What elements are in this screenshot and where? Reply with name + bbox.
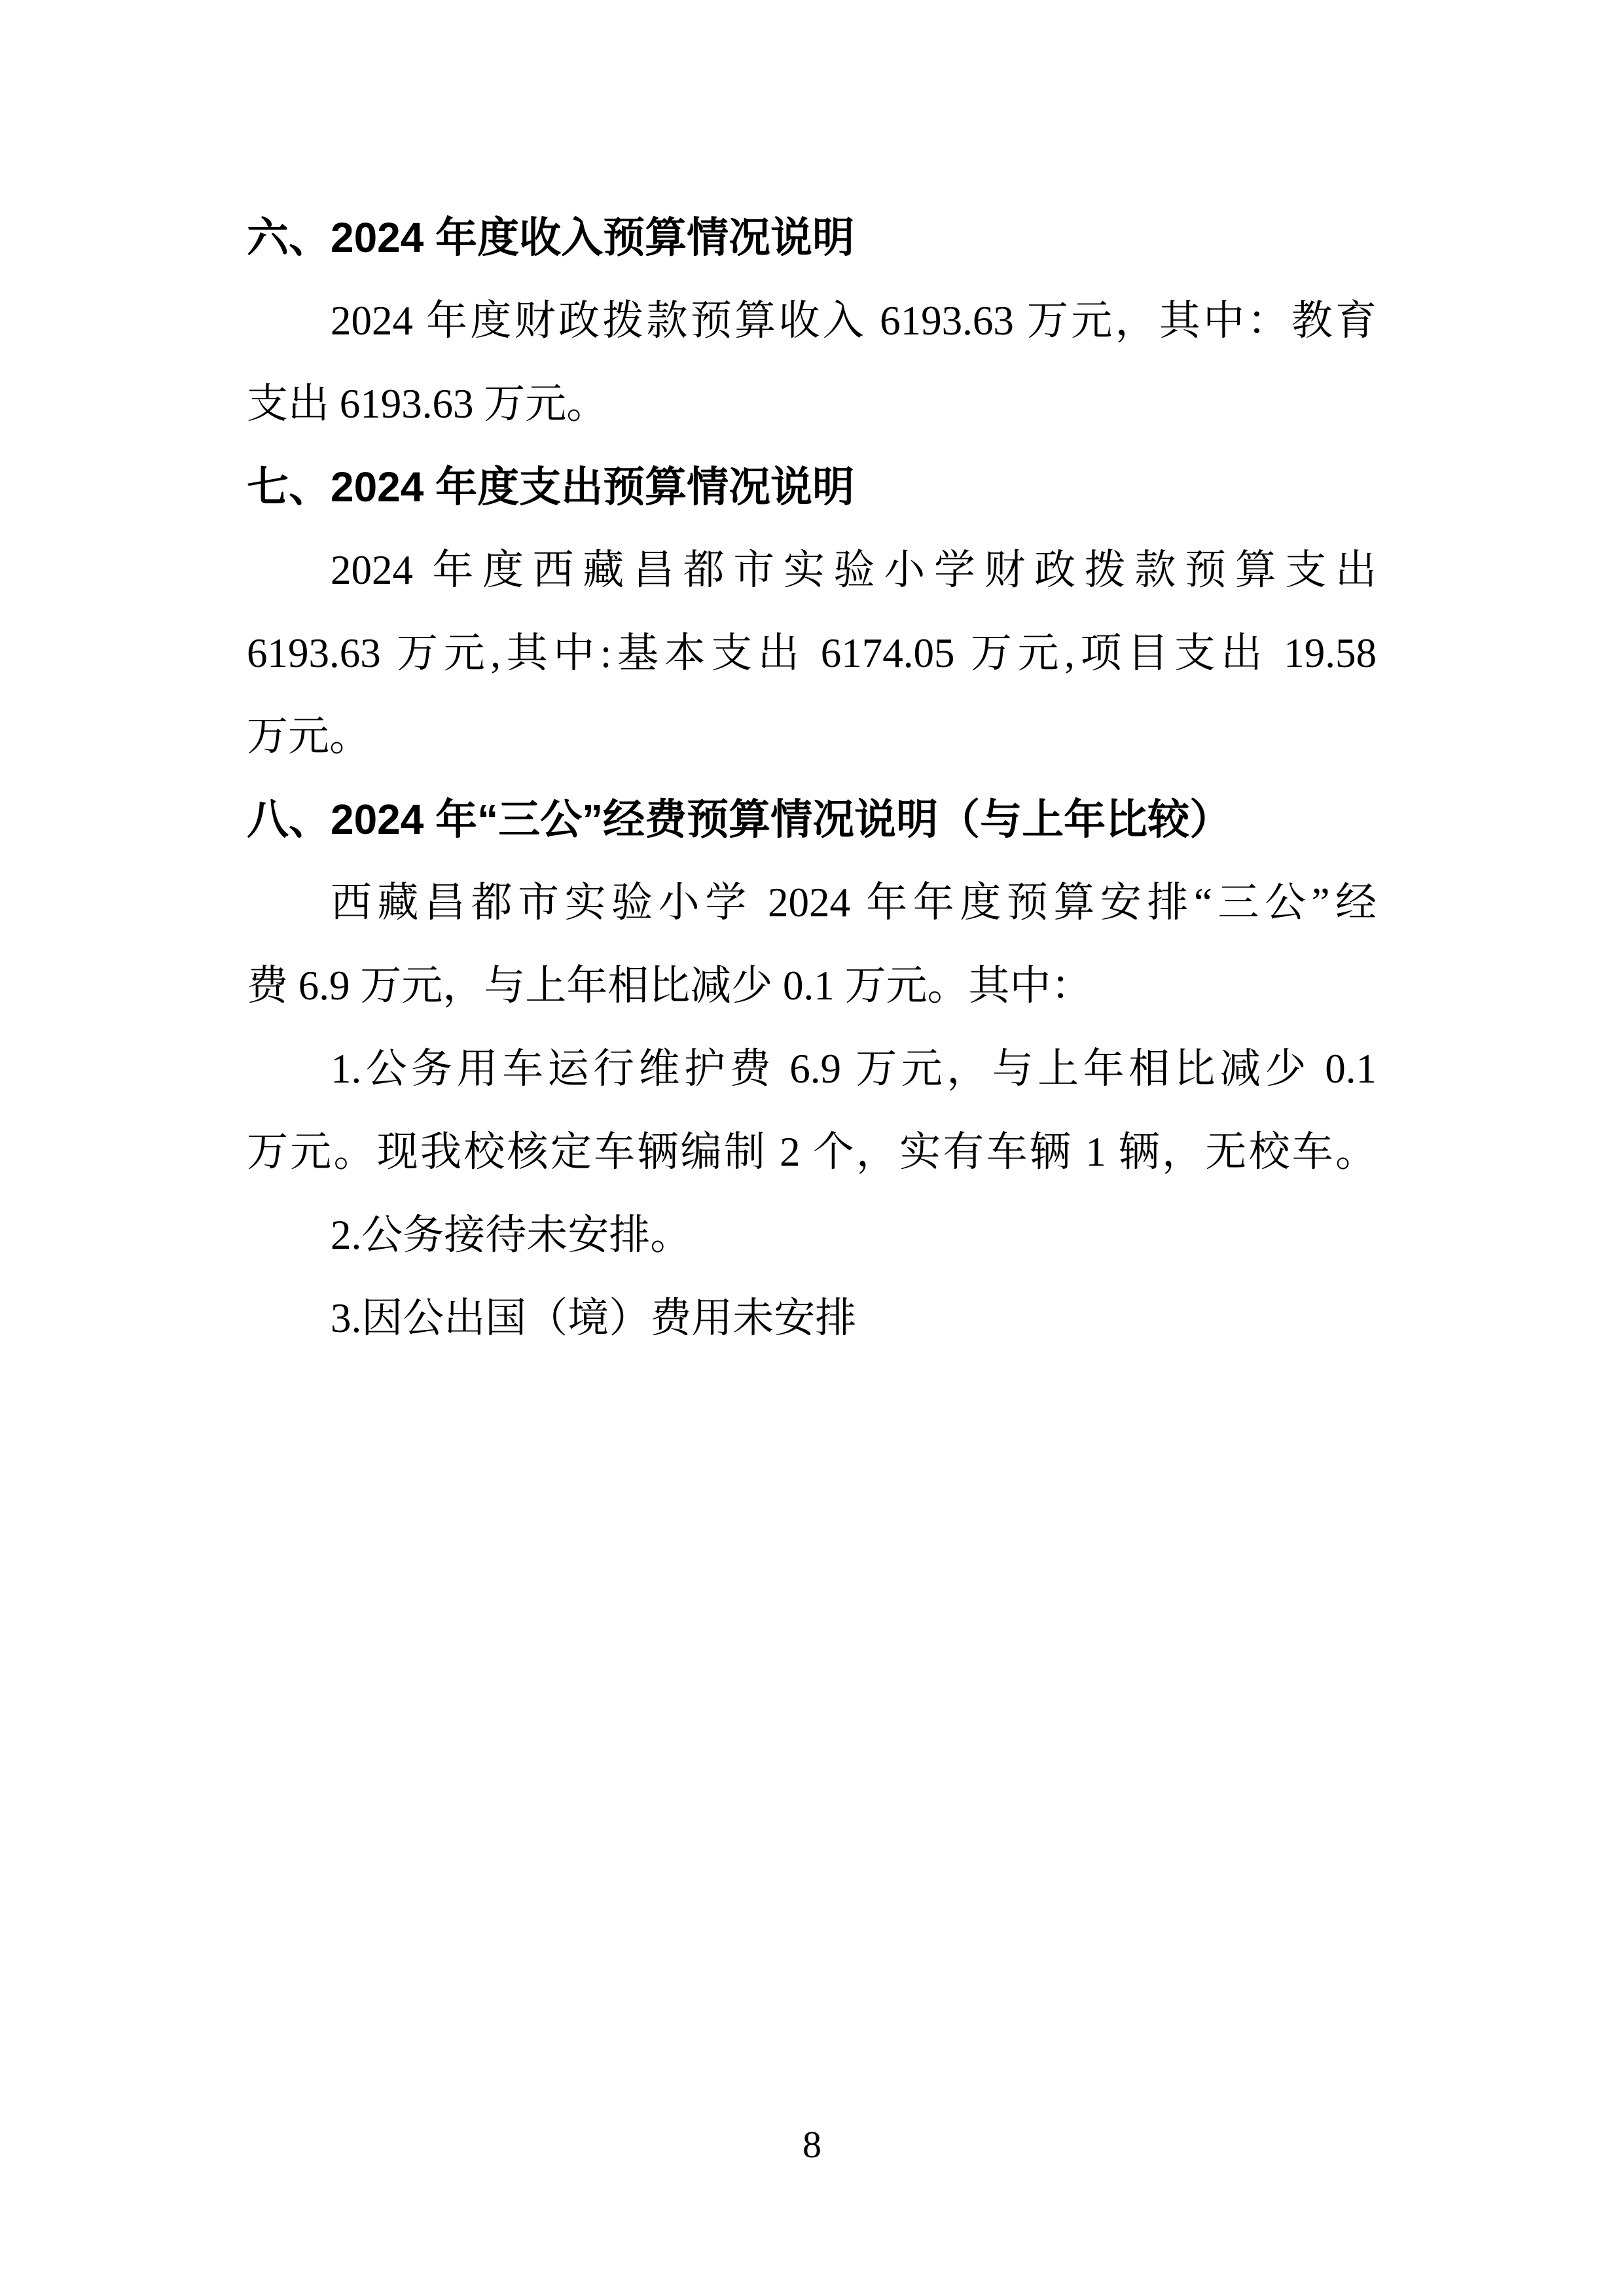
heading-section-8: 八、2024 年“三公”经费预算情况说明（与上年比较）: [247, 778, 1377, 861]
para-income-line-2: 支出 6193.63 万元。: [247, 363, 1377, 446]
document-page: 六、2024 年度收入预算情况说明 2024 年度财政拨款预算收入 6193.6…: [0, 0, 1624, 2296]
para-overseas-travel: 3.因公出国（境）费用未安排: [247, 1277, 1377, 1360]
para-vehicle-line-1: 1.公务用车运行维护费 6.9 万元，与上年相比减少 0.1: [247, 1028, 1377, 1111]
page-number: 8: [0, 2122, 1624, 2168]
para-expenditure-line-1: 2024 年度西藏昌都市实验小学财政拨款预算支出: [247, 529, 1377, 612]
document-body: 六、2024 年度收入预算情况说明 2024 年度财政拨款预算收入 6193.6…: [247, 196, 1377, 1360]
para-income-line-1: 2024 年度财政拨款预算收入 6193.63 万元，其中：教育: [247, 279, 1377, 363]
para-expenditure-line-3: 万元。: [247, 695, 1377, 778]
para-expenditure-line-2: 6193.63 万元,其中:基本支出 6174.05 万元,项目支出 19.58: [247, 612, 1377, 695]
heading-section-7: 七、2024 年度支出预算情况说明: [247, 446, 1377, 529]
para-three-public-line-2: 费 6.9 万元，与上年相比减少 0.1 万元。其中：: [247, 944, 1377, 1028]
para-three-public-line-1: 西藏昌都市实验小学 2024 年年度预算安排“三公”经: [247, 861, 1377, 944]
para-official-reception: 2.公务接待未安排。: [247, 1194, 1377, 1277]
heading-section-6: 六、2024 年度收入预算情况说明: [247, 196, 1377, 279]
para-vehicle-line-2: 万元。现我校核定车辆编制 2 个，实有车辆 1 辆，无校车。: [247, 1111, 1377, 1194]
